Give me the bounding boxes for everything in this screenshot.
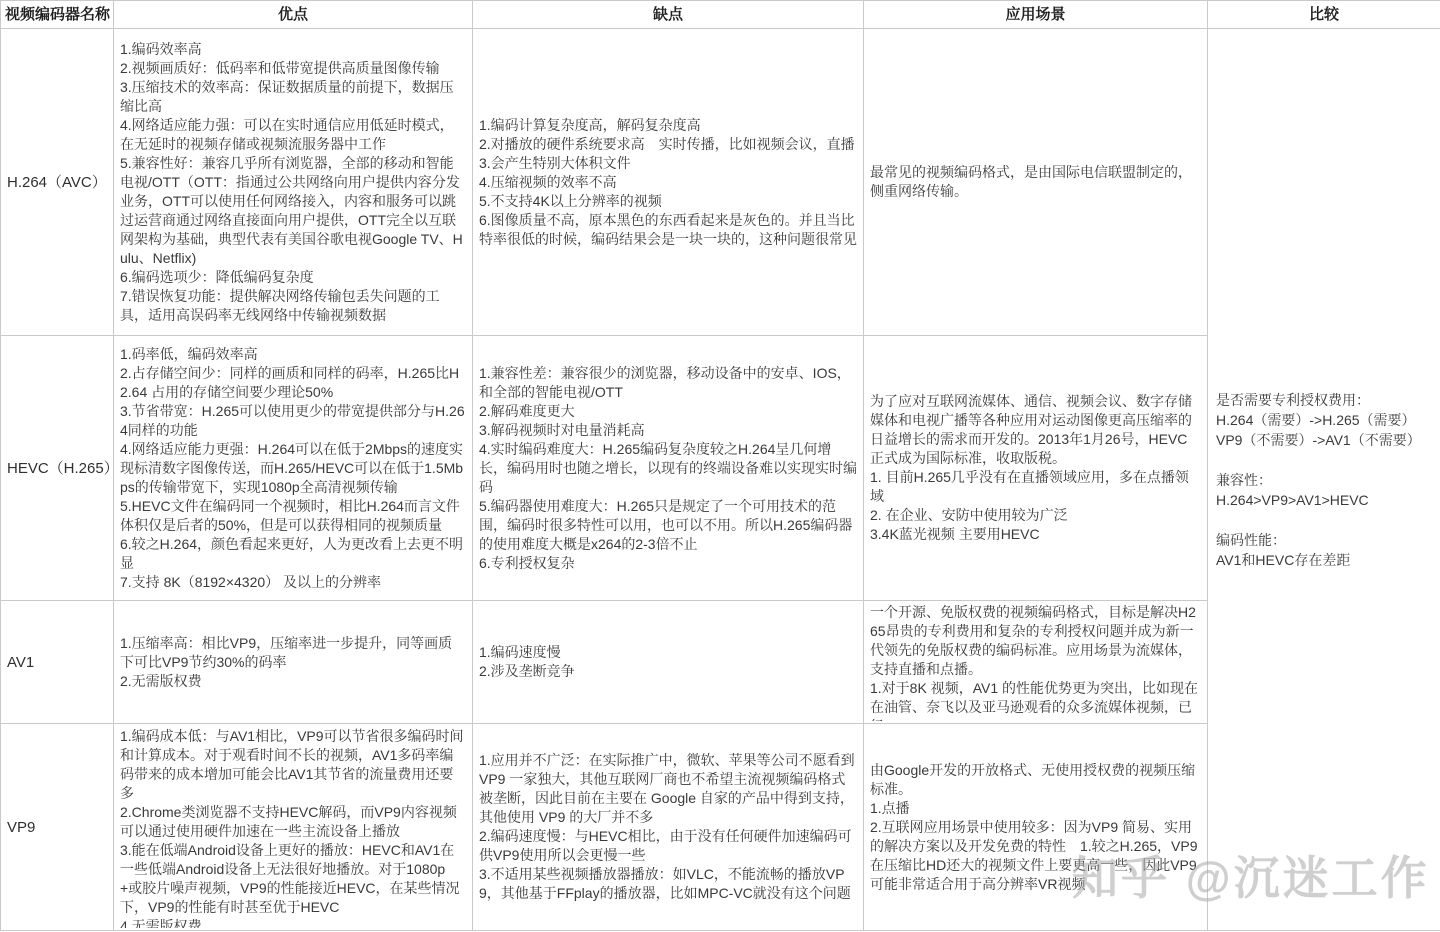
vp9-disadvantages-cell: 1.应用并不广泛：在实际推广中，微软、苹果等公司不愿看到VP9 一家独大，其他互… xyxy=(473,724,864,931)
header-advantages: 优点 xyxy=(114,1,473,29)
h264-applications-text: 最常见的视频编码格式，是由国际电信联盟制定的，侧重网络传输。 xyxy=(870,163,1201,201)
h264-advantages-text: 1.编码效率高 2.视频画质好：低码率和低带宽提供高质量图像传输 3.压缩技术的… xyxy=(120,40,466,325)
header-applications: 应用场景 xyxy=(864,1,1208,29)
hevc-advantages-text: 1.码率低，编码效率高 2.占存储空间少：同样的画质和同样的码率，H.265比H… xyxy=(120,345,466,592)
codec-comparison-table: 视频编码器名称 优点 缺点 应用场景 比较 H.264（AVC） 1.编码效率高… xyxy=(0,0,1440,931)
hevc-applications-text: 为了应对互联网流媒体、通信、视频会议、数字存储媒体和电视广播等各种应用对运动图像… xyxy=(870,392,1201,544)
h264-advantages-cell: 1.编码效率高 2.视频画质好：低码率和低带宽提供高质量图像传输 3.压缩技术的… xyxy=(114,29,473,336)
av1-applications-cell: 一个开源、免版权费的视频编码格式，目标是解决H265昂贵的专利费用和复杂的专利授… xyxy=(864,601,1208,724)
av1-name-cell: AV1 xyxy=(1,601,114,724)
av1-disadvantages-text: 1.编码速度慢 2.涉及垄断竞争 xyxy=(479,643,857,681)
h264-disadvantages-text: 1.编码计算复杂度高，解码复杂度高 2.对播放的硬件系统要求高 实时传播，比如视… xyxy=(479,116,857,249)
table-row-h264: H.264（AVC） 1.编码效率高 2.视频画质好：低码率和低带宽提供高质量图… xyxy=(1,29,1440,336)
hevc-advantages-cell: 1.码率低，编码效率高 2.占存储空间少：同样的画质和同样的码率，H.265比H… xyxy=(114,336,473,601)
vp9-name-cell: VP9 xyxy=(1,724,114,931)
vp9-advantages-text: 1.编码成本低：与AV1相比，VP9可以节省很多编码时间和计算成本。对于观看时间… xyxy=(120,727,466,928)
hevc-disadvantages-cell: 1.兼容性差：兼容很少的浏览器，移动设备中的安卓、IOS，和全部的智能电视/OT… xyxy=(473,336,864,601)
header-row: 视频编码器名称 优点 缺点 应用场景 比较 xyxy=(1,1,1440,29)
vp9-disadvantages-text: 1.应用并不广泛：在实际推广中，微软、苹果等公司不愿看到VP9 一家独大，其他互… xyxy=(479,751,857,903)
h264-disadvantages-cell: 1.编码计算复杂度高，解码复杂度高 2.对播放的硬件系统要求高 实时传播，比如视… xyxy=(473,29,864,336)
vp9-applications-text: 由Google开发的开放格式、无使用授权费的视频压缩标准。 1.点播 2.互联网… xyxy=(870,761,1201,894)
h264-applications-cell: 最常见的视频编码格式，是由国际电信联盟制定的，侧重网络传输。 xyxy=(864,29,1208,336)
hevc-disadvantages-text: 1.兼容性差：兼容很少的浏览器，移动设备中的安卓、IOS，和全部的智能电视/OT… xyxy=(479,364,857,573)
av1-advantages-text: 1.压缩率高：相比VP9，压缩率进一步提升，同等画质下可比VP9节约30%的码率… xyxy=(120,634,466,691)
comparison-cell: 是否需要专利授权费用： H.264（需要）->H.265（需要） VP9（不需要… xyxy=(1208,29,1440,931)
hevc-name-cell: HEVC（H.265） xyxy=(1,336,114,601)
av1-applications-text: 一个开源、免版权费的视频编码格式，目标是解决H265昂贵的专利费用和复杂的专利授… xyxy=(870,603,1201,721)
header-disadvantages: 缺点 xyxy=(473,1,864,29)
av1-disadvantages-cell: 1.编码速度慢 2.涉及垄断竞争 xyxy=(473,601,864,724)
av1-advantages-cell: 1.压缩率高：相比VP9，压缩率进一步提升，同等画质下可比VP9节约30%的码率… xyxy=(114,601,473,724)
hevc-applications-cell: 为了应对互联网流媒体、通信、视频会议、数字存储媒体和电视广播等各种应用对运动图像… xyxy=(864,336,1208,601)
header-comparison: 比较 xyxy=(1208,1,1440,29)
h264-name-cell: H.264（AVC） xyxy=(1,29,114,336)
header-encoder-name: 视频编码器名称 xyxy=(1,1,114,29)
vp9-advantages-cell: 1.编码成本低：与AV1相比，VP9可以节省很多编码时间和计算成本。对于观看时间… xyxy=(114,724,473,931)
vp9-applications-cell: 由Google开发的开放格式、无使用授权费的视频压缩标准。 1.点播 2.互联网… xyxy=(864,724,1208,931)
